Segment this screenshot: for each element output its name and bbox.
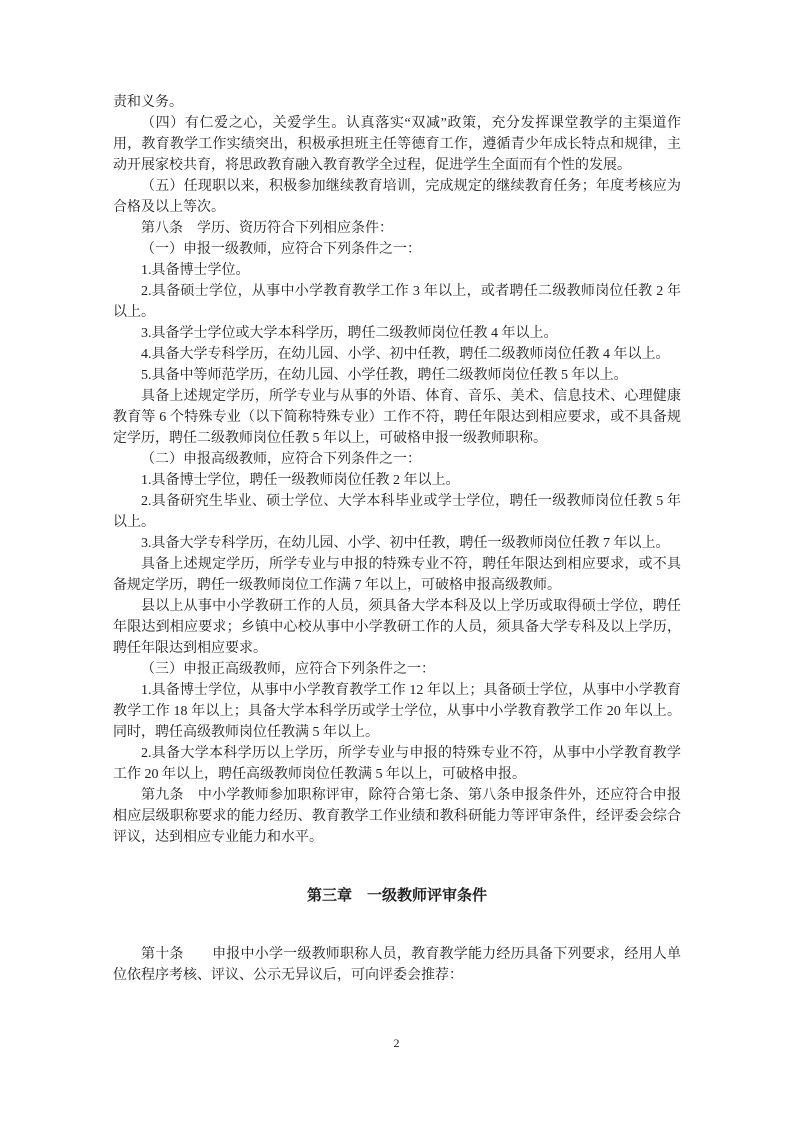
paragraph-list-item: 2.具备硕士学位，从事中小学教育教学工作 3 年以上，或者聘任二级教师岗位任教 … [113, 281, 681, 323]
paragraph: （五）任现职以来，积极参加继续教育培训，完成规定的继续教育任务；年度考核应为合格… [113, 176, 681, 218]
paragraph: 具备上述规定学历，所学专业与申报的特殊专业不符，聘任年限达到相应要求，或不具备规… [113, 554, 681, 596]
paragraph-article-8: 第八条 学历、资历符合下列相应条件： [113, 218, 681, 239]
paragraph-list-item: 4.具备大学专科学历，在幼儿园、小学、初中任教，聘任二级教师岗位任教 4 年以上… [113, 344, 681, 365]
paragraph-list-item: 2.具备研究生毕业、硕士学位、大学本科毕业或学士学位，聘任一级教师岗位任教 5 … [113, 491, 681, 533]
paragraph: （四）有仁爱之心，关爱学生。认真落实“双减”政策，充分发挥课堂教学的主渠道作用，… [113, 113, 681, 176]
paragraph-list-item: 2.具备大学本科学历以上学历，所学专业与申报的特殊专业不符，从事中小学教育教学工… [113, 743, 681, 785]
page-number: 2 [0, 1035, 793, 1051]
paragraph-list-item: 1.具备博士学位，从事中小学教育教学工作 12 年以上；具备硕士学位，从事中小学… [113, 680, 681, 743]
paragraph: 责和义务。 [113, 92, 681, 113]
paragraph-list-item: 1.具备博士学位。 [113, 260, 681, 281]
paragraph-article-10: 第十条 申报中小学一级教师职称人员，教育教学能力经历具备下列要求，经用人单位依程… [113, 944, 681, 986]
paragraph: 具备上述规定学历，所学专业与从事的外语、体育、音乐、美术、信息技术、心理健康教育… [113, 386, 681, 449]
paragraph-list-item: 1.具备博士学位，聘任一级教师岗位任教 2 年以上。 [113, 470, 681, 491]
paragraph-list-item: 3.具备学士学位或大学本科学历，聘任二级教师岗位任教 4 年以上。 [113, 323, 681, 344]
paragraph: 县以上从事中小学教研工作的人员，须具备大学本科及以上学历或取得硕士学位，聘任年限… [113, 596, 681, 659]
paragraph: （二）申报高级教师，应符合下列条件之一： [113, 449, 681, 470]
paragraph-list-item: 3.具备大学专科学历，在幼儿园、小学、初中任教，聘任一级教师岗位任教 7 年以上… [113, 533, 681, 554]
paragraph-article-9: 第九条 中小学教师参加职称评审，除符合第七条、第八条申报条件外，还应符合申报相应… [113, 785, 681, 848]
paragraph-list-item: 5.具备中等师范学历，在幼儿园、小学任教，聘任二级教师岗位任教 5 年以上。 [113, 365, 681, 386]
paragraph: （三）申报正高级教师，应符合下列条件之一： [113, 659, 681, 680]
document-body: 责和义务。 （四）有仁爱之心，关爱学生。认真落实“双减”政策，充分发挥课堂教学的… [113, 92, 681, 986]
paragraph: （一）申报一级教师，应符合下列条件之一： [113, 239, 681, 260]
chapter-heading: 第三章 一级教师评审条件 [113, 886, 681, 907]
document-page: 责和义务。 （四）有仁爱之心，关爱学生。认真落实“双减”政策，充分发挥课堂教学的… [0, 0, 793, 1122]
